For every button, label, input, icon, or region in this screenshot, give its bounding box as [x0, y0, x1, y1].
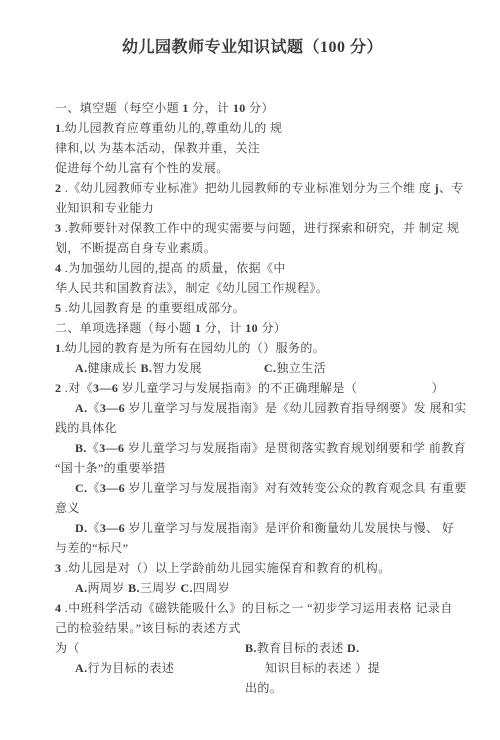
text-line: 1.幼儿园的教育是为所有在园幼儿的（）服务的。 — [55, 338, 450, 358]
left-column-text: A.行为目标的表述 — [55, 658, 265, 678]
text-line: 业知识和专业能力 — [55, 198, 450, 218]
text-segment: .教师要针对保教工作中的现实需要与问题，进行探索和研究，并 制定 规 — [61, 221, 459, 235]
left-column-text: 为（ — [55, 638, 245, 658]
bold-text-segment: D. — [75, 521, 87, 535]
text-segment: .幼儿园是对（）以上学龄前幼儿园实施保育和教育的机构。 — [61, 561, 390, 575]
text-segment: 教育目标的表述 — [257, 641, 347, 655]
text-segment: 两周岁 — [87, 581, 128, 595]
page-title: 幼儿园教师专业知识试题（100 分） — [55, 36, 450, 60]
text-segment: 二、单项选择题（每小题 — [55, 321, 195, 335]
text-segment: .幼儿园的教育是为所有在园幼儿的（）服务的。 — [61, 341, 325, 355]
text-segment: 出的。 — [245, 681, 282, 695]
text-segment: 岁儿童学习与发展指南》是贯彻落实教育规划纲要和学 前教育 — [124, 441, 466, 455]
text-segment: “国十条”的重要举措 — [55, 461, 166, 475]
document-lines: 一、填空题（每空小题 1 分，计 10 分）1.幼儿园教育应尊重幼儿的,尊重幼儿… — [55, 98, 450, 698]
text-line: 3 .幼儿园是对（）以上学龄前幼儿园实施保育和教育的机构。 — [55, 558, 450, 578]
text-segment: 为（ — [55, 641, 80, 655]
bold-text-segment: A. — [75, 401, 87, 415]
bold-text-segment: D. — [347, 641, 359, 655]
text-line: 律和,以 为基本活动，保教并重，关注 — [55, 138, 450, 158]
text-segment: 《 — [87, 401, 99, 415]
text-line: D.《3—6 岁儿童学习与发展指南》是评价和衡量幼儿发展快与慢、 好 — [55, 518, 450, 538]
section-heading: 一、填空题（每空小题 1 分，计 10 分） — [55, 98, 450, 118]
text-line: 己的检验结果。”该目标的表述方式 — [55, 618, 450, 638]
text-line: 2 .《幼儿园教师专业标准》把幼儿园教师的专业标准划分为三个维 度 j、专 — [55, 178, 450, 198]
bold-text-segment: 3—6 — [100, 401, 125, 415]
text-segment: 《 — [87, 521, 99, 535]
two-column-row: 为（B.教育目标的表述 D. — [55, 638, 450, 658]
bold-text-segment: B. — [140, 361, 152, 375]
text-segment: 、专 — [439, 181, 464, 195]
text-segment: 健康成长 — [87, 361, 140, 375]
text-segment: 业知识和专业能力 — [55, 201, 154, 215]
text-line: A.健康成长 B.智力发展 C.独立生活 — [55, 358, 450, 378]
text-segment: 一、填空题（每空小题 — [55, 101, 182, 115]
text-segment: 行为目标的表述 — [87, 661, 174, 675]
bold-text-segment: A. — [75, 361, 87, 375]
text-segment: 岁儿童学习与发展指南》对有效转变公众的教育观念具 有重要 — [125, 481, 467, 495]
text-segment: 智力发展 — [152, 361, 264, 375]
bold-text-segment: C. — [181, 581, 193, 595]
text-segment: 岁儿童学习与发展指南》的不正确理解是（ ） — [118, 381, 444, 395]
text-line: 5 .幼儿园教育是 的重要组成部分。 — [55, 298, 450, 318]
section-heading: 二、单项选择题（每小题 1 分，计 10 分） — [55, 318, 450, 338]
text-segment: 分，计 — [189, 101, 233, 115]
text-segment: 四周岁 — [193, 581, 230, 595]
bold-text-segment: B. — [245, 641, 257, 655]
text-segment: 华人民共和国教育法》，制定《幼儿园工作规程》。 — [55, 281, 328, 295]
text-segment: 岁儿童学习与发展指南》是评价和衡量幼儿发展快与慢、 好 — [125, 521, 454, 535]
text-line: 与差的“标尺” — [55, 538, 450, 558]
bold-text-segment: B. — [128, 581, 140, 595]
text-segment: 分，计 — [201, 321, 245, 335]
text-segment: 分） — [258, 321, 286, 335]
bold-text-segment: C. — [75, 481, 87, 495]
text-segment: 与差的“标尺” — [55, 541, 128, 555]
text-line: A.两周岁 B.三周岁 C.四周岁 — [55, 578, 450, 598]
text-line: 划，不断提高自身专业素质。 — [55, 238, 450, 258]
text-segment: .幼儿园教育是 的重要组成部分。 — [61, 301, 245, 315]
text-line: 2 .对《3—6 岁儿童学习与发展指南》的不正确理解是（ ） — [55, 378, 450, 398]
exam-document: 幼儿园教师专业知识试题（100 分） 一、填空题（每空小题 1 分，计 10 分… — [0, 0, 500, 740]
text-line: C.《3—6 岁儿童学习与发展指南》对有效转变公众的教育观念具 有重要 — [55, 478, 450, 498]
text-segment: 促进每个幼儿富有个性的发展。 — [55, 161, 229, 175]
text-segment: 律和,以 为基本活动，保教并重，关注 — [55, 141, 260, 155]
text-line: B.《3—6 岁儿童学习与发展指南》是贯彻落实教育规划纲要和学 前教育 — [55, 438, 450, 458]
bold-text-segment: B. — [75, 441, 87, 455]
text-segment: .幼儿园教育应尊重幼儿的,尊重幼儿的 规 — [61, 121, 282, 135]
two-column-row: A.行为目标的表述知识目标的表述 ）提 — [55, 658, 450, 678]
text-line: 4 .为加强幼儿园的,提高 的质量，依据《中 — [55, 258, 450, 278]
bold-text-segment: 10 — [233, 101, 246, 115]
text-segment: 分） — [246, 101, 274, 115]
text-segment: 践的具体化 — [55, 421, 117, 435]
bold-text-segment: 3—6 — [93, 381, 118, 395]
text-segment: 划，不断提高自身专业素质。 — [55, 241, 216, 255]
text-segment: 意义 — [55, 501, 80, 515]
text-segment: 《 — [87, 441, 99, 455]
left-column-text — [55, 678, 245, 698]
text-line: 4 .中班科学活动《磁铁能吸什么》的目标之一 “初步学习运用表格 记录自 — [55, 598, 450, 618]
bold-text-segment: C. — [264, 361, 276, 375]
text-segment: 《 — [87, 481, 99, 495]
text-line: 华人民共和国教育法》，制定《幼儿园工作规程》。 — [55, 278, 450, 298]
text-segment: 岁儿童学习与发展指南》是《幼儿园教育指导纲要》发 展和实 — [125, 401, 467, 415]
bold-text-segment: 3—6 — [100, 521, 125, 535]
right-column-text: 知识目标的表述 ）提 — [265, 658, 450, 678]
text-line: 1.幼儿园教育应尊重幼儿的,尊重幼儿的 规 — [55, 118, 450, 138]
text-line: 意义 — [55, 498, 450, 518]
two-column-row: 出的。 — [55, 678, 450, 698]
bold-text-segment: A. — [75, 581, 87, 595]
text-line: 践的具体化 — [55, 418, 450, 438]
text-line: “国十条”的重要举措 — [55, 458, 450, 478]
bold-text-segment: A. — [75, 661, 87, 675]
text-segment: .《幼儿园教师专业标准》把幼儿园教师的专业标准划分为三个维 度 — [61, 181, 434, 195]
text-segment: 三周岁 — [140, 581, 181, 595]
text-segment: .中班科学活动《磁铁能吸什么》的目标之一 “初步学习运用表格 记录自 — [61, 601, 452, 615]
bold-text-segment: 3—6 — [100, 481, 125, 495]
text-line: 3 .教师要针对保教工作中的现实需要与问题，进行探索和研究，并 制定 规 — [55, 218, 450, 238]
right-column-text: 出的。 — [245, 678, 450, 698]
text-segment: 知识目标的表述 ）提 — [265, 661, 380, 675]
bold-text-segment: 10 — [245, 321, 258, 335]
bold-text-segment: 3—6 — [99, 441, 124, 455]
right-column-text: B.教育目标的表述 D. — [245, 638, 450, 658]
text-segment: 独立生活 — [276, 361, 326, 375]
text-segment: .为加强幼儿园的,提高 的质量，依据《中 — [61, 261, 285, 275]
text-line: A.《3—6 岁儿童学习与发展指南》是《幼儿园教育指导纲要》发 展和实 — [55, 398, 450, 418]
text-line: 促进每个幼儿富有个性的发展。 — [55, 158, 450, 178]
text-segment: 己的检验结果。”该目标的表述方式 — [55, 621, 241, 635]
text-segment: .对《 — [61, 381, 93, 395]
